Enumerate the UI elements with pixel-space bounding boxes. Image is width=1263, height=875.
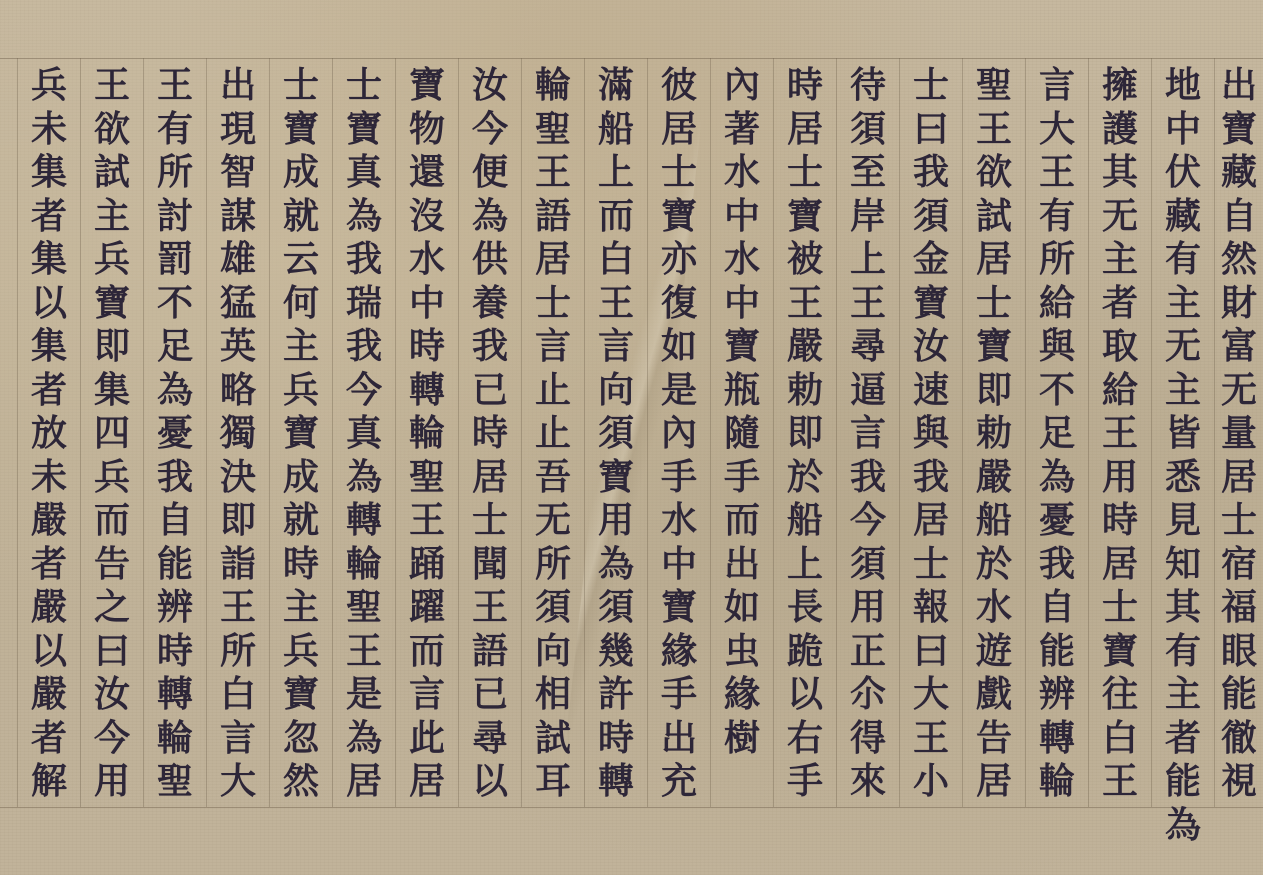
character-glyph: 而 xyxy=(89,499,135,543)
character-glyph: 寶 xyxy=(656,586,702,630)
character-glyph: 士 xyxy=(1097,586,1143,630)
character-glyph: 主 xyxy=(89,195,135,239)
text-column: 兵未集者集以集者放未嚴者嚴以嚴者解 xyxy=(17,58,80,807)
character-glyph: 瓶 xyxy=(719,369,765,413)
character-glyph: 緣 xyxy=(719,673,765,717)
character-glyph: 地 xyxy=(1160,64,1206,108)
character-glyph: 上 xyxy=(593,151,639,195)
character-glyph: 內 xyxy=(719,64,765,108)
character-glyph: 王 xyxy=(1097,760,1143,804)
character-glyph: 向 xyxy=(593,369,639,413)
text-column: 士曰我須金寶汝速與我居士報曰大王小 xyxy=(899,58,962,807)
character-glyph: 宿 xyxy=(1216,543,1262,587)
character-glyph: 足 xyxy=(152,325,198,369)
character-glyph: 我 xyxy=(845,456,891,500)
character-glyph: 轉 xyxy=(1034,717,1080,761)
character-glyph: 為 xyxy=(1034,456,1080,500)
character-glyph: 大 xyxy=(215,760,261,804)
character-glyph: 便 xyxy=(467,151,513,195)
character-glyph: 已 xyxy=(467,673,513,717)
character-glyph: 聞 xyxy=(467,543,513,587)
character-glyph: 時 xyxy=(404,325,450,369)
character-glyph: 出 xyxy=(215,64,261,108)
character-glyph: 許 xyxy=(593,673,639,717)
text-column: 王欲試主兵寶即集四兵而告之曰汝今用 xyxy=(80,58,143,807)
character-glyph: 內 xyxy=(656,412,702,456)
character-glyph: 中 xyxy=(1160,108,1206,152)
character-glyph: 謀 xyxy=(215,195,261,239)
character-glyph: 幾 xyxy=(593,630,639,674)
character-glyph: 言 xyxy=(530,325,576,369)
character-glyph: 瑞 xyxy=(341,282,387,326)
character-glyph: 戲 xyxy=(971,673,1017,717)
character-glyph: 所 xyxy=(530,543,576,587)
character-glyph: 手 xyxy=(719,456,765,500)
character-glyph: 兵 xyxy=(89,456,135,500)
character-glyph: 而 xyxy=(404,630,450,674)
character-glyph: 為 xyxy=(1160,804,1206,848)
character-glyph: 緣 xyxy=(656,630,702,674)
character-glyph: 居 xyxy=(971,760,1017,804)
character-glyph: 時 xyxy=(467,412,513,456)
character-glyph: 寶 xyxy=(782,195,828,239)
character-glyph: 猛 xyxy=(215,282,261,326)
character-glyph: 船 xyxy=(593,108,639,152)
character-glyph: 其 xyxy=(1160,586,1206,630)
character-glyph: 四 xyxy=(89,412,135,456)
character-glyph: 憂 xyxy=(1034,499,1080,543)
character-glyph: 白 xyxy=(593,238,639,282)
character-glyph: 藏 xyxy=(1160,195,1206,239)
character-glyph: 所 xyxy=(215,630,261,674)
character-glyph: 之 xyxy=(89,586,135,630)
character-glyph: 者 xyxy=(26,195,72,239)
text-column: 寶物還沒水中時轉輪聖王踊躍而言此居 xyxy=(395,58,458,807)
character-glyph: 王 xyxy=(845,282,891,326)
character-glyph: 成 xyxy=(278,151,324,195)
character-glyph: 言 xyxy=(215,717,261,761)
text-column: 汝今便為供養我已時居士聞王語已尋以 xyxy=(458,58,521,807)
character-glyph: 須 xyxy=(845,108,891,152)
character-glyph: 王 xyxy=(908,717,954,761)
character-glyph: 白 xyxy=(1097,717,1143,761)
character-glyph: 時 xyxy=(593,717,639,761)
character-glyph: 擁 xyxy=(1097,64,1143,108)
character-glyph: 自 xyxy=(152,499,198,543)
character-glyph: 曰 xyxy=(908,108,954,152)
character-glyph: 時 xyxy=(278,543,324,587)
character-glyph: 我 xyxy=(908,151,954,195)
character-glyph: 正 xyxy=(845,630,891,674)
character-glyph: 罰 xyxy=(152,238,198,282)
character-glyph: 躍 xyxy=(404,586,450,630)
character-glyph: 士 xyxy=(908,543,954,587)
text-columns: 出寶藏自然財富无量居士宿福眼能徹視 地中伏藏有主无主皆悉見知其有主者能為 擁護其… xyxy=(0,58,1263,807)
character-glyph: 今 xyxy=(845,499,891,543)
character-glyph: 為 xyxy=(467,195,513,239)
character-glyph: 王 xyxy=(89,64,135,108)
character-glyph: 雄 xyxy=(215,238,261,282)
character-glyph: 跪 xyxy=(782,630,828,674)
character-glyph: 待 xyxy=(845,64,891,108)
character-glyph: 寶 xyxy=(1097,630,1143,674)
text-column: 彼居士寶亦復如是內手水中寶緣手出充 xyxy=(647,58,710,807)
character-glyph: 足 xyxy=(1034,412,1080,456)
character-glyph: 寶 xyxy=(593,456,639,500)
character-glyph: 士 xyxy=(656,151,702,195)
character-glyph: 須 xyxy=(593,586,639,630)
character-glyph: 言 xyxy=(1034,64,1080,108)
character-glyph: 智 xyxy=(215,151,261,195)
character-glyph: 量 xyxy=(1216,412,1262,456)
character-glyph: 主 xyxy=(1160,369,1206,413)
character-glyph: 為 xyxy=(341,717,387,761)
character-glyph: 與 xyxy=(908,412,954,456)
character-glyph: 試 xyxy=(89,151,135,195)
character-glyph: 用 xyxy=(1097,456,1143,500)
character-glyph: 手 xyxy=(656,456,702,500)
character-glyph: 主 xyxy=(1160,673,1206,717)
character-glyph: 視 xyxy=(1216,760,1262,804)
character-glyph: 能 xyxy=(1034,630,1080,674)
character-glyph: 所 xyxy=(1034,238,1080,282)
character-glyph: 吾 xyxy=(530,456,576,500)
character-glyph: 須 xyxy=(593,412,639,456)
character-glyph: 主 xyxy=(1160,282,1206,326)
character-glyph: 兵 xyxy=(278,369,324,413)
character-glyph: 居 xyxy=(404,760,450,804)
character-glyph: 寶 xyxy=(89,282,135,326)
character-glyph: 上 xyxy=(845,238,891,282)
character-glyph: 養 xyxy=(467,282,513,326)
character-glyph: 真 xyxy=(341,412,387,456)
character-glyph: 英 xyxy=(215,325,261,369)
character-glyph: 以 xyxy=(26,282,72,326)
character-glyph: 言 xyxy=(845,412,891,456)
character-glyph: 未 xyxy=(26,108,72,152)
character-glyph: 踊 xyxy=(404,543,450,587)
character-glyph: 寶 xyxy=(278,108,324,152)
character-glyph: 王 xyxy=(467,586,513,630)
character-glyph: 解 xyxy=(26,760,72,804)
character-glyph: 是 xyxy=(656,369,702,413)
character-glyph: 是 xyxy=(341,673,387,717)
text-column: 時居士寶被王嚴勅即於船上長跪以右手 xyxy=(773,58,836,807)
character-glyph: 試 xyxy=(530,717,576,761)
character-glyph: 皆 xyxy=(1160,412,1206,456)
character-glyph: 不 xyxy=(1034,369,1080,413)
character-glyph: 欲 xyxy=(89,108,135,152)
character-glyph: 集 xyxy=(26,151,72,195)
bottom-ruled-line xyxy=(0,807,1263,808)
character-glyph: 上 xyxy=(782,543,828,587)
character-glyph: 見 xyxy=(1160,499,1206,543)
character-glyph: 居 xyxy=(656,108,702,152)
character-glyph: 告 xyxy=(971,717,1017,761)
character-glyph: 何 xyxy=(278,282,324,326)
character-glyph: 欲 xyxy=(971,151,1017,195)
character-glyph: 時 xyxy=(1097,499,1143,543)
character-glyph: 徹 xyxy=(1216,717,1262,761)
character-glyph: 居 xyxy=(467,456,513,500)
character-glyph: 中 xyxy=(656,543,702,587)
character-glyph: 而 xyxy=(719,499,765,543)
character-glyph: 為 xyxy=(593,543,639,587)
character-glyph: 主 xyxy=(278,586,324,630)
character-glyph: 眼 xyxy=(1216,630,1262,674)
text-column: 內著水中水中寶瓶隨手而出如虫緣樹 xyxy=(710,58,773,807)
character-glyph: 語 xyxy=(467,630,513,674)
character-glyph: 不 xyxy=(152,282,198,326)
character-glyph: 能 xyxy=(1160,760,1206,804)
character-glyph: 王 xyxy=(593,282,639,326)
text-column: 出寶藏自然財富无量居士宿福眼能徹視 xyxy=(1214,58,1263,807)
character-glyph: 水 xyxy=(719,238,765,282)
character-glyph: 出 xyxy=(656,717,702,761)
character-glyph: 富 xyxy=(1216,325,1262,369)
character-glyph: 即 xyxy=(89,325,135,369)
character-glyph: 供 xyxy=(467,238,513,282)
character-glyph: 轉 xyxy=(404,369,450,413)
character-glyph: 士 xyxy=(971,282,1017,326)
character-glyph: 尋 xyxy=(467,717,513,761)
text-column: 士寶真為我瑞我今真為轉輪聖王是為居 xyxy=(332,58,395,807)
character-glyph: 嚴 xyxy=(26,586,72,630)
character-glyph: 居 xyxy=(341,760,387,804)
character-glyph: 即 xyxy=(215,499,261,543)
character-glyph: 就 xyxy=(278,499,324,543)
character-glyph: 寶 xyxy=(341,108,387,152)
character-glyph: 轉 xyxy=(593,760,639,804)
character-glyph: 士 xyxy=(341,64,387,108)
character-glyph: 居 xyxy=(530,238,576,282)
character-glyph: 者 xyxy=(26,369,72,413)
character-glyph: 止 xyxy=(530,369,576,413)
character-glyph: 福 xyxy=(1216,586,1262,630)
character-glyph: 給 xyxy=(1034,282,1080,326)
character-glyph: 速 xyxy=(908,369,954,413)
character-glyph: 居 xyxy=(1097,543,1143,587)
character-glyph: 兵 xyxy=(26,64,72,108)
text-column: 出現智謀雄猛英略獨決即詣王所白言大 xyxy=(206,58,269,807)
character-glyph: 被 xyxy=(782,238,828,282)
character-glyph: 寶 xyxy=(971,325,1017,369)
character-glyph: 聖 xyxy=(530,108,576,152)
character-glyph: 而 xyxy=(593,195,639,239)
character-glyph: 此 xyxy=(404,717,450,761)
character-glyph: 我 xyxy=(467,325,513,369)
character-glyph: 曰 xyxy=(89,630,135,674)
character-glyph: 其 xyxy=(1097,151,1143,195)
character-glyph: 然 xyxy=(278,760,324,804)
character-glyph: 輪 xyxy=(530,64,576,108)
character-glyph: 試 xyxy=(971,195,1017,239)
character-glyph: 主 xyxy=(278,325,324,369)
character-glyph: 與 xyxy=(1034,325,1080,369)
character-glyph: 手 xyxy=(656,673,702,717)
character-glyph: 嚴 xyxy=(26,673,72,717)
character-glyph: 相 xyxy=(530,673,576,717)
character-glyph: 自 xyxy=(1216,195,1262,239)
character-glyph: 兵 xyxy=(278,630,324,674)
character-glyph: 所 xyxy=(152,151,198,195)
text-column: 王有所討罰不足為憂我自能辨時轉輪聖 xyxy=(143,58,206,807)
character-glyph: 放 xyxy=(26,412,72,456)
character-glyph: 為 xyxy=(152,369,198,413)
character-glyph: 出 xyxy=(719,543,765,587)
character-glyph: 樹 xyxy=(719,717,765,761)
text-column: 聖王欲試居士寶即勅嚴船於水遊戲告居 xyxy=(962,58,1025,807)
character-glyph: 我 xyxy=(908,456,954,500)
text-column: 待須至岸上王尋逼言我今須用正尒得來 xyxy=(836,58,899,807)
character-glyph: 士 xyxy=(278,64,324,108)
character-glyph: 集 xyxy=(26,238,72,282)
character-glyph: 著 xyxy=(719,108,765,152)
character-glyph: 用 xyxy=(845,586,891,630)
character-glyph: 我 xyxy=(341,325,387,369)
character-glyph: 王 xyxy=(782,282,828,326)
character-glyph: 居 xyxy=(782,108,828,152)
character-glyph: 勅 xyxy=(971,412,1017,456)
character-glyph: 集 xyxy=(26,325,72,369)
character-glyph: 如 xyxy=(656,325,702,369)
character-glyph: 寶 xyxy=(1216,108,1262,152)
character-glyph: 往 xyxy=(1097,673,1143,717)
character-glyph: 用 xyxy=(89,760,135,804)
character-glyph: 无 xyxy=(1097,195,1143,239)
character-glyph: 汝 xyxy=(908,325,954,369)
character-glyph: 手 xyxy=(782,760,828,804)
character-glyph: 須 xyxy=(530,586,576,630)
character-glyph: 至 xyxy=(845,151,891,195)
character-glyph: 充 xyxy=(656,760,702,804)
character-glyph: 者 xyxy=(26,717,72,761)
character-glyph: 轉 xyxy=(152,673,198,717)
character-glyph: 白 xyxy=(215,673,261,717)
character-glyph: 輪 xyxy=(404,412,450,456)
character-glyph: 已 xyxy=(467,369,513,413)
character-glyph: 物 xyxy=(404,108,450,152)
character-glyph: 以 xyxy=(782,673,828,717)
character-glyph: 言 xyxy=(593,325,639,369)
character-glyph: 今 xyxy=(341,369,387,413)
character-glyph: 止 xyxy=(530,412,576,456)
text-column: 擁護其无主者取給王用時居士寶往白王 xyxy=(1088,58,1151,807)
character-glyph: 向 xyxy=(530,630,576,674)
character-glyph: 略 xyxy=(215,369,261,413)
character-glyph: 有 xyxy=(1034,195,1080,239)
character-glyph: 中 xyxy=(719,282,765,326)
character-glyph: 辨 xyxy=(1034,673,1080,717)
character-glyph: 寶 xyxy=(404,64,450,108)
character-glyph: 中 xyxy=(404,282,450,326)
character-glyph: 能 xyxy=(152,543,198,587)
character-glyph: 士 xyxy=(908,64,954,108)
character-glyph: 水 xyxy=(404,238,450,282)
character-glyph: 大 xyxy=(908,673,954,717)
character-glyph: 來 xyxy=(845,760,891,804)
character-glyph: 我 xyxy=(341,238,387,282)
character-glyph: 得 xyxy=(845,717,891,761)
character-glyph: 曰 xyxy=(908,630,954,674)
character-glyph: 寶 xyxy=(278,412,324,456)
character-glyph: 士 xyxy=(1216,499,1262,543)
character-glyph: 財 xyxy=(1216,282,1262,326)
character-glyph: 伏 xyxy=(1160,151,1206,195)
character-glyph: 船 xyxy=(971,499,1017,543)
character-glyph: 寶 xyxy=(908,282,954,326)
character-glyph: 有 xyxy=(152,108,198,152)
text-column: 地中伏藏有主无主皆悉見知其有主者能為 xyxy=(1151,58,1214,807)
character-glyph: 真 xyxy=(341,151,387,195)
character-glyph: 能 xyxy=(1216,673,1262,717)
character-glyph: 語 xyxy=(530,195,576,239)
character-glyph: 王 xyxy=(152,64,198,108)
character-glyph: 王 xyxy=(971,108,1017,152)
character-glyph: 主 xyxy=(1097,238,1143,282)
character-glyph: 於 xyxy=(782,456,828,500)
character-glyph: 為 xyxy=(341,195,387,239)
character-glyph: 出 xyxy=(1216,64,1262,108)
character-glyph: 嚴 xyxy=(26,499,72,543)
character-glyph: 嚴 xyxy=(971,456,1017,500)
character-glyph: 王 xyxy=(404,499,450,543)
character-glyph: 藏 xyxy=(1216,151,1262,195)
character-glyph: 時 xyxy=(782,64,828,108)
character-glyph: 須 xyxy=(845,543,891,587)
character-glyph: 還 xyxy=(404,151,450,195)
character-glyph: 王 xyxy=(341,630,387,674)
character-glyph: 以 xyxy=(26,630,72,674)
manuscript-scroll: 出寶藏自然財富无量居士宿福眼能徹視 地中伏藏有主无主皆悉見知其有主者能為 擁護其… xyxy=(0,0,1263,875)
character-glyph: 獨 xyxy=(215,412,261,456)
text-column: 滿船上而白王言向須寶用為須幾許時轉 xyxy=(584,58,647,807)
character-glyph: 即 xyxy=(782,412,828,456)
character-glyph: 耳 xyxy=(530,760,576,804)
character-glyph: 討 xyxy=(152,195,198,239)
character-glyph: 現 xyxy=(215,108,261,152)
character-glyph: 轉 xyxy=(341,499,387,543)
text-column: 言大王有所給與不足為憂我自能辨轉輪 xyxy=(1025,58,1088,807)
character-glyph: 時 xyxy=(152,630,198,674)
character-glyph: 自 xyxy=(1034,586,1080,630)
character-glyph: 以 xyxy=(467,760,513,804)
character-glyph: 彼 xyxy=(656,64,702,108)
character-glyph: 聖 xyxy=(152,760,198,804)
character-glyph: 有 xyxy=(1160,238,1206,282)
character-glyph: 我 xyxy=(152,456,198,500)
character-glyph: 无 xyxy=(530,499,576,543)
character-glyph: 右 xyxy=(782,717,828,761)
character-glyph: 輪 xyxy=(341,543,387,587)
character-glyph: 即 xyxy=(971,369,1017,413)
character-glyph: 汝 xyxy=(467,64,513,108)
character-glyph: 无 xyxy=(1216,369,1262,413)
character-glyph: 者 xyxy=(1160,717,1206,761)
character-glyph: 就 xyxy=(278,195,324,239)
character-glyph: 須 xyxy=(908,195,954,239)
character-glyph: 為 xyxy=(341,456,387,500)
character-glyph: 亦 xyxy=(656,238,702,282)
character-glyph: 大 xyxy=(1034,108,1080,152)
character-glyph: 決 xyxy=(215,456,261,500)
character-glyph: 寶 xyxy=(278,673,324,717)
character-glyph: 水 xyxy=(971,586,1017,630)
character-glyph: 者 xyxy=(1097,282,1143,326)
character-glyph: 中 xyxy=(719,195,765,239)
character-glyph: 王 xyxy=(1034,151,1080,195)
character-glyph: 寶 xyxy=(656,195,702,239)
